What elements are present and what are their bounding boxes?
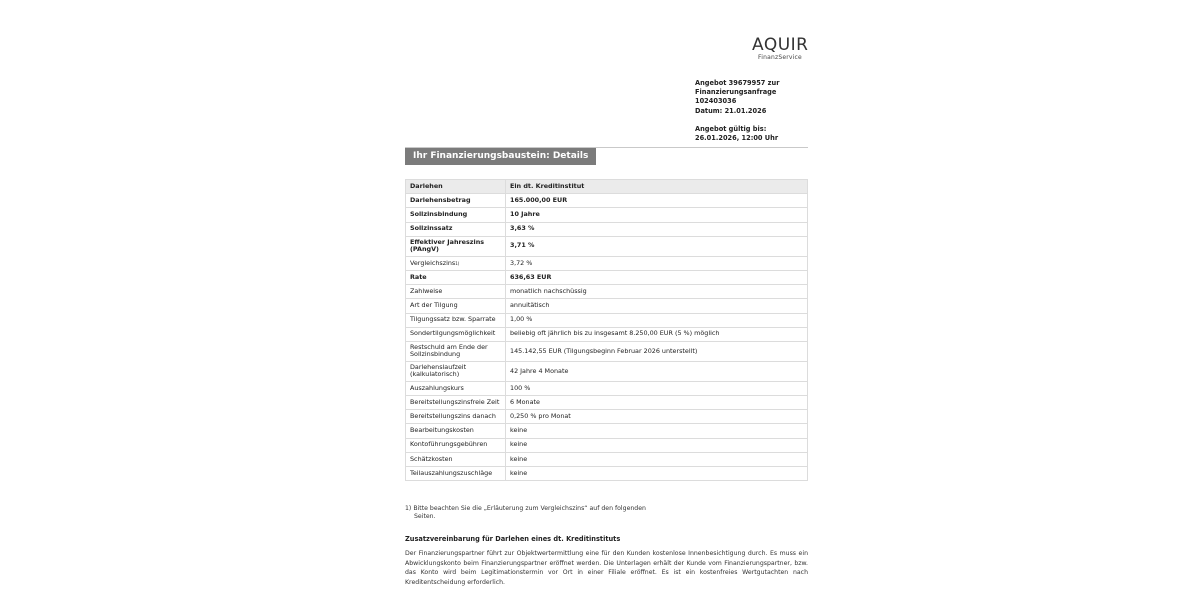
row-value: keine bbox=[506, 424, 808, 438]
row-value: 100 % bbox=[506, 381, 808, 395]
table-row: Darlehensbetrag165.000,00 EUR bbox=[406, 194, 808, 208]
section-title: Ihr Finanzierungsbaustein: Details bbox=[405, 148, 596, 165]
row-value: 3,63 % bbox=[506, 222, 808, 236]
row-label: Tilgungssatz bzw. Sparrate bbox=[406, 313, 506, 327]
row-label: Bearbeitungskosten bbox=[406, 424, 506, 438]
row-value: annuitätisch bbox=[506, 299, 808, 313]
table-row: Schätzkostenkeine bbox=[406, 452, 808, 466]
row-label: Rate bbox=[406, 270, 506, 284]
footnote-marker: 1) bbox=[455, 261, 459, 266]
table-row: Effektiver Jahreszins (PAngV)3,71 % bbox=[406, 236, 808, 256]
table-row: Sondertilgungsmöglichkeitbeliebig oft jä… bbox=[406, 327, 808, 341]
offer-valid-until: 26.01.2026, 12:00 Uhr bbox=[695, 134, 815, 143]
table-row: Auszahlungskurs100 % bbox=[406, 381, 808, 395]
row-label: Kontoführungsgebühren bbox=[406, 438, 506, 452]
offer-request: Finanzierungsanfrage 102403036 bbox=[695, 88, 815, 106]
row-value: 636,63 EUR bbox=[506, 270, 808, 284]
table-row: Bearbeitungskostenkeine bbox=[406, 424, 808, 438]
table-row: Art der Tilgungannuitätisch bbox=[406, 299, 808, 313]
row-label: Sondertilgungsmöglichkeit bbox=[406, 327, 506, 341]
footnote-line: Seiten. bbox=[405, 513, 665, 521]
table-row: Sollzinsbindung10 Jahre bbox=[406, 208, 808, 222]
table-row: Bereitstellungszins danach0,250 % pro Mo… bbox=[406, 410, 808, 424]
row-value: 165.000,00 EUR bbox=[506, 194, 808, 208]
row-label: Auszahlungskurs bbox=[406, 381, 506, 395]
logo-brand: AQUIR bbox=[752, 36, 808, 54]
row-label: Restschuld am Ende der Sollzinsbindung bbox=[406, 341, 506, 361]
row-label: Darlehen bbox=[406, 180, 506, 194]
offer-number: Angebot 39679957 zur bbox=[695, 79, 815, 88]
logo-subtitle: FinanzService bbox=[752, 54, 808, 62]
row-value: 145.142,55 EUR (Tilgungsbeginn Februar 2… bbox=[506, 341, 808, 361]
row-label: Zahlweise bbox=[406, 285, 506, 299]
row-value: 3,72 % bbox=[506, 256, 808, 270]
row-label: Bereitstellungszins danach bbox=[406, 410, 506, 424]
offer-info: Angebot 39679957 zur Finanzierungsanfrag… bbox=[695, 79, 815, 143]
table-row: Bereitstellungszinsfreie Zeit6 Monate bbox=[406, 396, 808, 410]
table-row: Zahlweisemonatlich nachschüssig bbox=[406, 285, 808, 299]
footnote: 1) Bitte beachten Sie die „Erläuterung z… bbox=[405, 505, 665, 521]
row-value: 6 Monate bbox=[506, 396, 808, 410]
row-label: Sollzinsbindung bbox=[406, 208, 506, 222]
offer-valid-label: Angebot gültig bis: bbox=[695, 125, 815, 134]
footnote-line: 1) Bitte beachten Sie die „Erläuterung z… bbox=[405, 505, 646, 512]
row-label: Art der Tilgung bbox=[406, 299, 506, 313]
row-value: 10 Jahre bbox=[506, 208, 808, 222]
offer-date: Datum: 21.01.2026 bbox=[695, 107, 815, 116]
table-row: DarlehenEin dt. Kreditinstitut bbox=[406, 180, 808, 194]
table-row: Teilauszahlungszuschlägekeine bbox=[406, 467, 808, 481]
table-row: Sollzinssatz3,63 % bbox=[406, 222, 808, 236]
row-value: keine bbox=[506, 452, 808, 466]
row-value: 0,250 % pro Monat bbox=[506, 410, 808, 424]
table-row: Kontoführungsgebührenkeine bbox=[406, 438, 808, 452]
row-label: Darlehenslaufzeit (kalkulatorisch) bbox=[406, 361, 506, 381]
table-row: Vergleichszins1)3,72 % bbox=[406, 256, 808, 270]
row-label: Schätzkosten bbox=[406, 452, 506, 466]
row-value: keine bbox=[506, 467, 808, 481]
details-table: DarlehenEin dt. KreditinstitutDarlehensb… bbox=[405, 179, 808, 481]
row-label: Teilauszahlungszuschläge bbox=[406, 467, 506, 481]
row-value: 1,00 % bbox=[506, 313, 808, 327]
row-value: 42 Jahre 4 Monate bbox=[506, 361, 808, 381]
row-value: 3,71 % bbox=[506, 236, 808, 256]
addon-title: Zusatzvereinbarung für Darlehen eines dt… bbox=[405, 535, 620, 543]
row-label: Effektiver Jahreszins (PAngV) bbox=[406, 236, 506, 256]
row-value: Ein dt. Kreditinstitut bbox=[506, 180, 808, 194]
row-value: monatlich nachschüssig bbox=[506, 285, 808, 299]
table-row: Darlehenslaufzeit (kalkulatorisch)42 Jah… bbox=[406, 361, 808, 381]
row-label: Vergleichszins1) bbox=[406, 256, 506, 270]
company-logo: AQUIR FinanzService bbox=[752, 36, 808, 62]
addon-text: Der Finanzierungspartner führt zur Objek… bbox=[405, 549, 808, 587]
row-value: keine bbox=[506, 438, 808, 452]
table-row: Tilgungssatz bzw. Sparrate1,00 % bbox=[406, 313, 808, 327]
row-value: beliebig oft jährlich bis zu insgesamt 8… bbox=[506, 327, 808, 341]
table-row: Restschuld am Ende der Sollzinsbindung14… bbox=[406, 341, 808, 361]
row-label: Darlehensbetrag bbox=[406, 194, 506, 208]
table-row: Rate636,63 EUR bbox=[406, 270, 808, 284]
row-label: Bereitstellungszinsfreie Zeit bbox=[406, 396, 506, 410]
row-label: Sollzinssatz bbox=[406, 222, 506, 236]
